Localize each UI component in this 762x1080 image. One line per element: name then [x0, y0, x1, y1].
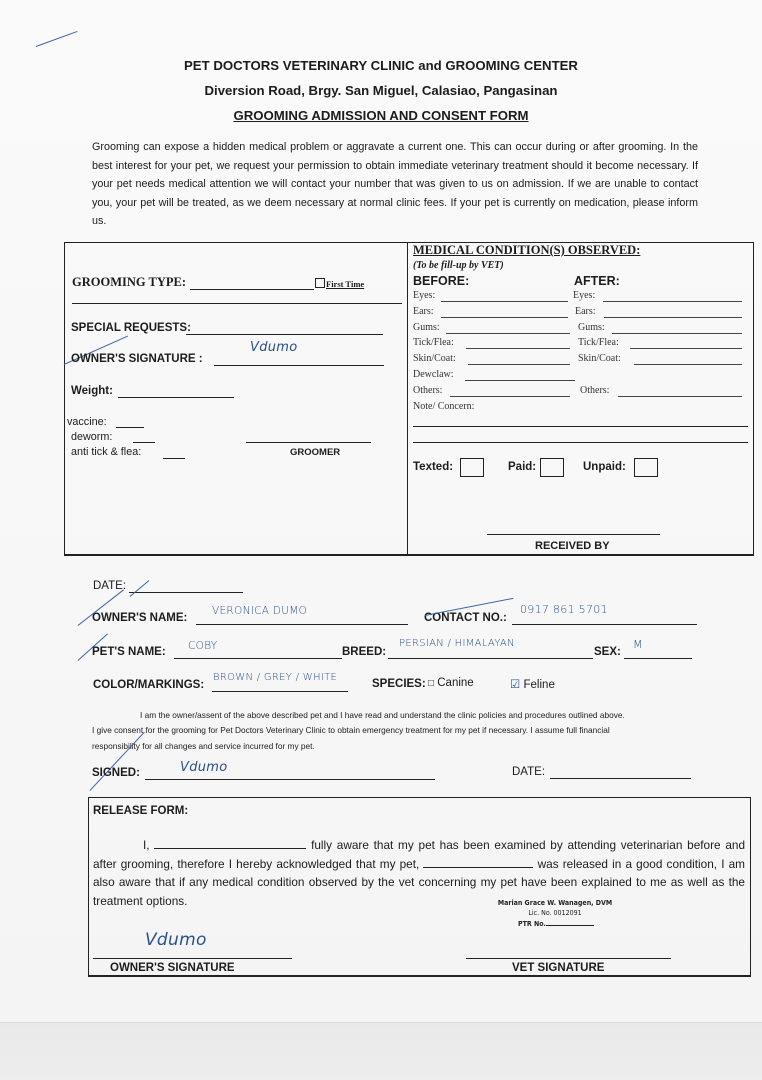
groomer-signature-field[interactable]	[246, 442, 371, 443]
owner-signature-field[interactable]	[214, 365, 384, 366]
after-field-label: Skin/Coat:	[578, 353, 621, 364]
received-by-field[interactable]	[487, 534, 660, 535]
breed-value: PERSIAN / HIMALAYAN	[399, 638, 515, 649]
deworm-label: deworm:	[71, 431, 112, 443]
clinic-address: Diversion Road, Brgy. San Miguel, Calasi…	[0, 83, 762, 98]
note-line-1[interactable]	[413, 426, 748, 427]
paid-checkbox[interactable]	[540, 458, 564, 477]
consent-date-field[interactable]	[550, 778, 691, 779]
after-field-label: Ears:	[575, 306, 596, 317]
scan-background	[0, 1022, 762, 1080]
pet-name-label: PET'S NAME:	[92, 646, 166, 658]
color-markings-value: BROWN / GREY / WHITE	[213, 672, 337, 683]
before-field-input[interactable]	[468, 364, 570, 365]
species-label: SPECIES:	[372, 678, 426, 690]
before-label: BEFORE:	[413, 274, 469, 288]
anti-tick-label: anti tick & flea:	[71, 446, 141, 458]
before-field-label: Gums:	[413, 322, 440, 333]
first-time-checkbox[interactable]	[315, 278, 325, 288]
received-by-label: RECEIVED BY	[535, 540, 610, 552]
grooming-type-label: GROOMING TYPE:	[72, 275, 186, 290]
unpaid-label: Unpaid:	[583, 461, 626, 473]
texted-checkbox[interactable]	[460, 458, 484, 477]
signed-label: SIGNED:	[92, 767, 140, 779]
vaccine-label: vaccine:	[67, 416, 107, 428]
release-owner-signature-value: Vdumo	[145, 930, 207, 950]
canine-checkbox[interactable]: □	[428, 678, 434, 689]
before-field-input[interactable]	[441, 317, 568, 318]
owner-signature-label: OWNER'S SIGNATURE :	[71, 353, 203, 365]
anti-tick-field[interactable]	[163, 458, 185, 459]
before-field-label: Skin/Coat:	[413, 353, 456, 364]
medical-title: MEDICAL CONDITION(S) OBSERVED:	[413, 243, 640, 258]
owner-name-label: OWNER'S NAME:	[92, 612, 187, 624]
form-title: GROOMING ADMISSION AND CONSENT FORM	[0, 108, 762, 123]
before-field-label: Others:	[413, 385, 442, 396]
medical-subtitle: (To be fill-up by VET)	[413, 260, 504, 271]
after-field-input[interactable]	[618, 396, 742, 397]
consent-paragraph: I am the owner/assent of the above descr…	[92, 708, 702, 754]
after-field-input[interactable]	[603, 301, 742, 302]
vet-signature-label: VET SIGNATURE	[512, 962, 604, 974]
clinic-name: PET DOCTORS VETERINARY CLINIC and GROOMI…	[0, 58, 762, 73]
after-field-label: Eyes:	[573, 290, 595, 301]
species-canine-option[interactable]: □ Canine	[428, 677, 474, 689]
texted-label: Texted:	[413, 461, 453, 473]
before-field-input[interactable]	[465, 380, 575, 381]
unpaid-checkbox[interactable]	[634, 458, 658, 477]
before-field-input[interactable]	[466, 348, 570, 349]
before-field-input[interactable]	[446, 333, 570, 334]
grooming-type-field[interactable]	[190, 289, 314, 290]
before-field-label: Eyes:	[413, 290, 435, 301]
color-markings-label: COLOR/MARKINGS:	[93, 679, 204, 691]
feline-label: Feline	[524, 679, 555, 691]
before-field-label: Ears:	[413, 306, 434, 317]
release-title: RELEASE FORM:	[93, 805, 188, 817]
color-markings-field[interactable]	[212, 691, 348, 692]
date-field[interactable]	[129, 592, 243, 593]
after-field-label: Tick/Flea:	[578, 337, 619, 348]
first-time-label: First Time	[326, 279, 364, 289]
release-pet-name-field[interactable]	[423, 856, 533, 868]
after-field-input[interactable]	[630, 348, 742, 349]
before-field-label: Dewclaw:	[413, 369, 454, 380]
vet-signature-field[interactable]	[466, 958, 671, 959]
before-field-input[interactable]	[450, 396, 570, 397]
after-field-label: Others:	[580, 385, 609, 396]
sex-label: SEX:	[594, 646, 621, 658]
weight-field[interactable]	[118, 397, 234, 398]
box-divider	[407, 242, 408, 556]
special-requests-label: SPECIAL REQUESTS:	[71, 322, 191, 334]
release-paragraph: I, fully aware that my pet has been exam…	[93, 836, 745, 910]
owner-signature-value: Vdumo	[250, 340, 298, 355]
after-field-label: Gums:	[578, 322, 605, 333]
grooming-type-extra-line[interactable]	[72, 303, 402, 304]
release-owner-signature-field[interactable]	[93, 958, 292, 959]
special-requests-field[interactable]	[186, 334, 383, 335]
owner-name-field[interactable]	[196, 624, 408, 625]
groomer-label: GROOMER	[290, 447, 340, 458]
weight-label: Weight:	[71, 385, 113, 397]
contact-value: 0917 861 5701	[520, 603, 608, 616]
pet-name-value: COBY	[188, 640, 218, 652]
release-owner-name-field[interactable]	[154, 837, 306, 849]
after-field-input[interactable]	[604, 317, 742, 318]
owner-name-value: VERONICA DUMO	[212, 605, 307, 617]
before-field-label: Tick/Flea:	[413, 337, 454, 348]
sex-value: M	[633, 638, 643, 651]
note-line-2[interactable]	[413, 442, 748, 443]
after-field-input[interactable]	[612, 333, 742, 334]
deworm-field[interactable]	[133, 442, 155, 443]
feline-checkbox[interactable]: ☑	[510, 679, 520, 691]
signed-value: Vdumo	[180, 760, 228, 775]
paid-label: Paid:	[508, 461, 536, 473]
vaccine-field[interactable]	[116, 427, 144, 428]
pet-name-field[interactable]	[174, 658, 342, 659]
after-label: AFTER:	[574, 274, 620, 288]
release-owner-signature-label: OWNER'S SIGNATURE	[110, 962, 235, 974]
signed-field[interactable]	[145, 779, 435, 780]
breed-field[interactable]	[388, 658, 593, 659]
note-concern-label: Note/ Concern:	[413, 401, 474, 412]
before-field-input[interactable]	[441, 301, 568, 302]
contact-field[interactable]	[512, 624, 697, 625]
breed-label: BREED:	[342, 646, 386, 658]
intro-paragraph: Grooming can expose a hidden medical pro…	[92, 138, 698, 231]
after-field-input[interactable]	[634, 364, 742, 365]
sex-field[interactable]	[624, 658, 692, 659]
vet-stamp: Marian Grace W. Wanagen, DVM Lic. No. 00…	[490, 898, 620, 929]
species-feline-option[interactable]: ☑ Feline	[510, 677, 555, 691]
consent-date-label: DATE:	[512, 766, 545, 778]
canine-label: Canine	[437, 677, 473, 689]
